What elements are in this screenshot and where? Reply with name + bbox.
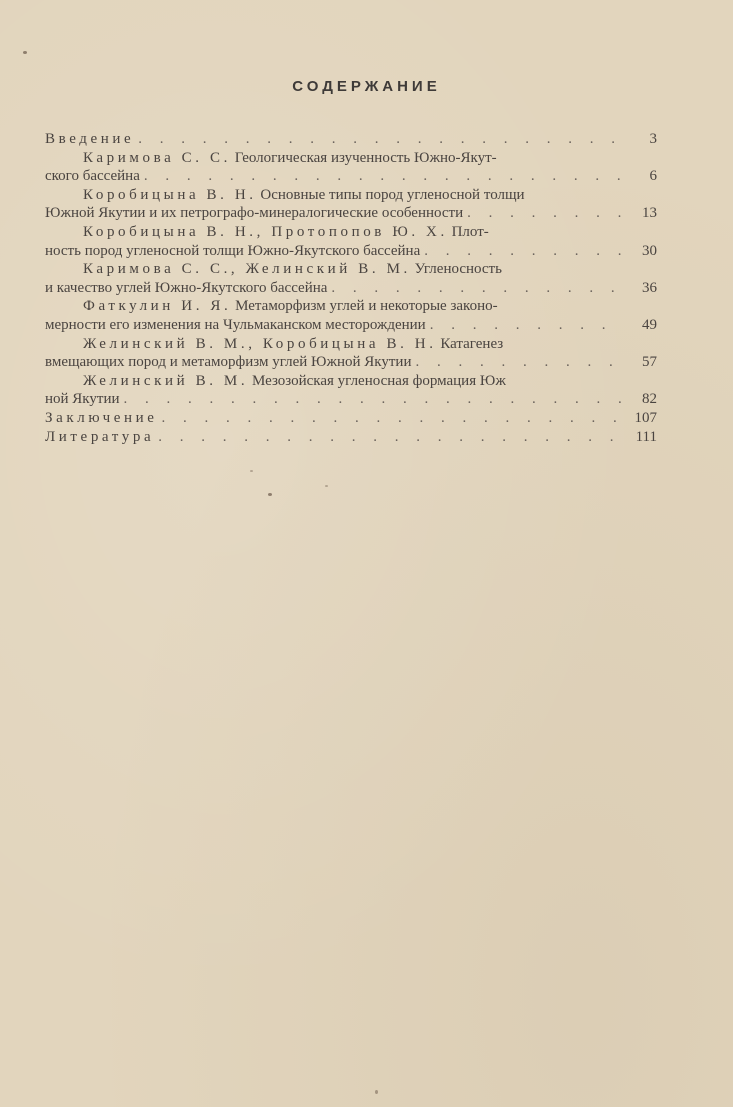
table-of-contents: Введение 3 Каримова С. С. Геологическая … (45, 130, 657, 446)
toc-entry-references[interactable]: Литература 111 (45, 428, 657, 447)
toc-entry-title-line1: Мезозойская угленосная формация Юж (252, 373, 506, 389)
scanned-page: СОДЕРЖАНИЕ Введение 3 Каримова С. С. Гео… (0, 0, 733, 1107)
toc-page-number: 49 (627, 316, 657, 335)
dot-leader (424, 242, 623, 261)
toc-entry-article-cont[interactable]: Южной Якутии и их петрографо-минералогич… (45, 204, 657, 223)
toc-entry-title-line2: ского бассейна (45, 167, 140, 186)
paper-speck (23, 51, 27, 54)
dot-leader (415, 353, 623, 372)
toc-entry-title-line1: Плот- (452, 224, 489, 240)
page-title: СОДЕРЖАНИЕ (0, 78, 733, 95)
paper-speck (325, 485, 328, 487)
toc-entry-title-line1: Угленосность (415, 261, 502, 277)
toc-entry-article[interactable]: Желинский В. М. Мезозойская угленосная ф… (45, 372, 657, 391)
toc-entry-title-line2: и качество углей Южно-Якутского бассейна (45, 279, 327, 298)
paper-speck (250, 470, 253, 472)
toc-entry-title-line2: ность пород угленосной толщи Южно-Якутск… (45, 242, 420, 261)
toc-entry-introduction[interactable]: Введение 3 (45, 130, 657, 149)
toc-entry-article-cont[interactable]: и качество углей Южно-Якутского бассейна… (45, 279, 657, 298)
toc-entry-article-cont[interactable]: ского бассейна 6 (45, 167, 657, 186)
toc-page-number: 3 (627, 130, 657, 149)
toc-page-number: 36 (627, 279, 657, 298)
toc-entry-conclusion[interactable]: Заключение 107 (45, 409, 657, 428)
toc-entry-title-line1: Метаморфизм углей и некоторые законо- (235, 298, 497, 314)
toc-page-number: 82 (627, 390, 657, 409)
toc-entry-article[interactable]: Коробицына В. Н. Основные типы пород угл… (45, 186, 657, 205)
toc-page-number: 6 (627, 167, 657, 186)
toc-entry-article-cont[interactable]: ной Якутии 82 (45, 390, 657, 409)
toc-entry-article[interactable]: Коробицына В. Н., Протопопов Ю. Х. Плот- (45, 223, 657, 242)
toc-entry-article[interactable]: Фаткулин И. Я. Метаморфизм углей и некот… (45, 297, 657, 316)
toc-entry-author: Фаткулин И. Я. (83, 298, 231, 314)
toc-entry-title-line1: Геологическая изученность Южно-Якут- (235, 150, 497, 166)
toc-entry-label: Заключение (45, 409, 158, 428)
toc-entry-article[interactable]: Каримова С. С. Геологическая изученность… (45, 149, 657, 168)
toc-entry-article-cont[interactable]: мерности его изменения на Чульмаканском … (45, 316, 657, 335)
paper-speck (268, 493, 272, 496)
dot-leader (331, 279, 623, 298)
dot-leader (430, 316, 623, 335)
dot-leader (124, 390, 624, 409)
toc-entry-author: Каримова С. С., Желинский В. М. (83, 261, 411, 277)
toc-entry-article-cont[interactable]: ность пород угленосной толщи Южно-Якутск… (45, 242, 657, 261)
toc-page-number: 107 (627, 409, 657, 428)
toc-page-number: 13 (627, 204, 657, 223)
toc-page-number: 30 (627, 242, 657, 261)
dot-leader (144, 167, 623, 186)
toc-entry-label: Литература (45, 428, 154, 447)
toc-entry-author: Желинский В. М., Коробицына В. Н. (83, 336, 437, 352)
toc-entry-title-line1: Катагенез (440, 336, 503, 352)
toc-page-number: 111 (627, 428, 657, 447)
toc-entry-article[interactable]: Желинский В. М., Коробицына В. Н. Катаге… (45, 335, 657, 354)
dot-leader (158, 428, 623, 447)
toc-entry-label: Введение (45, 130, 134, 149)
dot-leader (467, 204, 623, 223)
toc-entry-title-line2: вмещающих пород и метаморфизм углей Южно… (45, 353, 411, 372)
toc-page-number: 57 (627, 353, 657, 372)
dot-leader (138, 130, 623, 149)
toc-entry-author: Желинский В. М. (83, 373, 248, 389)
toc-entry-article-cont[interactable]: вмещающих пород и метаморфизм углей Южно… (45, 353, 657, 372)
dot-leader (162, 409, 624, 428)
toc-entry-author: Коробицына В. Н., Протопопов Ю. Х. (83, 224, 448, 240)
toc-entry-title-line2: ной Якутии (45, 390, 120, 409)
toc-entry-title-line2: мерности его изменения на Чульмаканском … (45, 316, 426, 335)
toc-entry-author: Коробицына В. Н. (83, 187, 257, 203)
toc-entry-author: Каримова С. С. (83, 150, 231, 166)
toc-entry-title-line2: Южной Якутии и их петрографо-минералогич… (45, 204, 463, 223)
toc-entry-title-line1: Основные типы пород угленосной толщи (260, 187, 524, 203)
paper-speck (375, 1090, 378, 1094)
toc-entry-article[interactable]: Каримова С. С., Желинский В. М. Угленосн… (45, 260, 657, 279)
